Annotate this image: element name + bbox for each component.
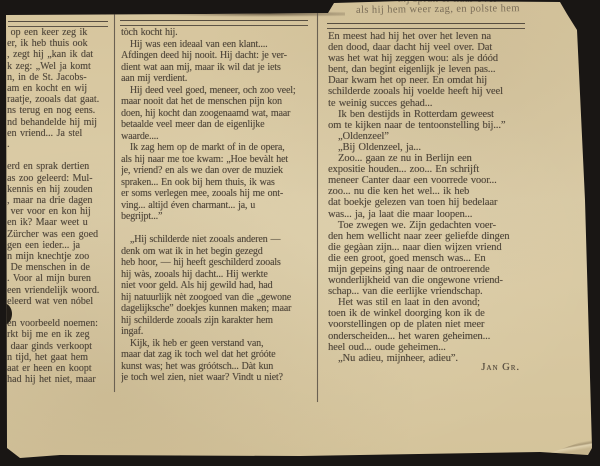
torn-edge-smudge [150,11,345,17]
scanned-clipping-stage: zij sprak er haar over als hij hem weer … [0,0,600,466]
column-divider-right [317,12,318,402]
column-top-rule-middle [120,20,308,26]
text-column-middle: tòch kocht hij. Hij was een ideaal van e… [121,27,314,384]
article-signature: Jan Gr. [420,362,520,373]
newspaper-clipping-paper: zij sprak er haar over als hij hem weer … [0,0,600,466]
paper-corner-fold [542,438,592,456]
cutoff-text-fragment-second: als hij hem weer zag, en polste hem [356,3,520,16]
column-top-rule-right [327,23,525,29]
text-column-left: op een keer zeg ik er, ik heb thuis ook … [7,27,111,386]
text-column-right: En meest had hij het over het leven na d… [328,31,528,364]
column-divider-left [114,14,115,392]
